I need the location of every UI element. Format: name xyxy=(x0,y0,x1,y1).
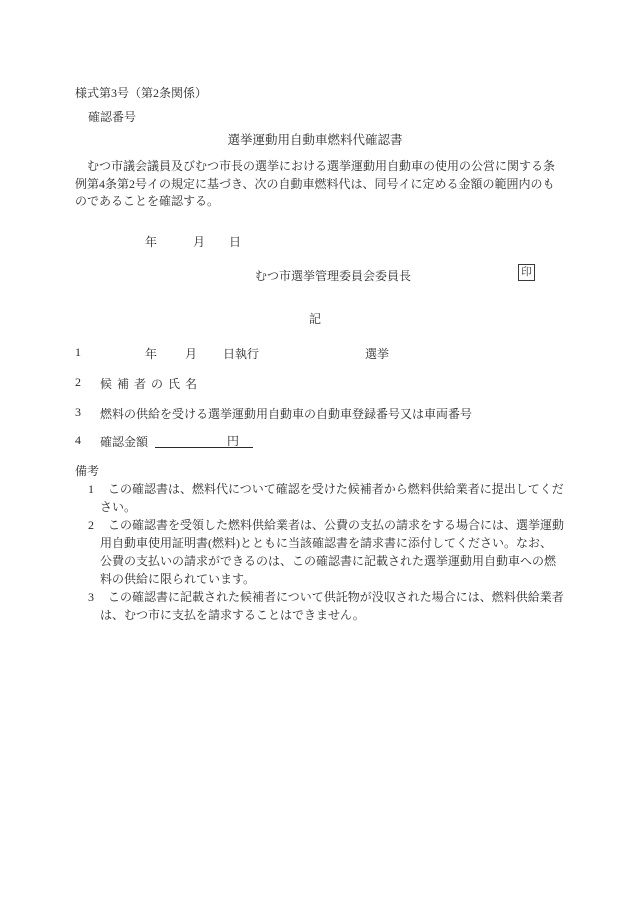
note-text: さい。 xyxy=(100,500,136,514)
confirmation-number-label: 確認番号 xyxy=(88,108,136,125)
item-number: 2 xyxy=(75,375,81,390)
note-text: この確認書を受領した燃料供給業者は、公費の支払の請求をする場合には、選挙運動 xyxy=(108,518,564,532)
note-text: 公費の支払いの請求ができるのは、この確認書に記載された選挙運動用自動車への燃 xyxy=(100,554,556,568)
note-text: 料の供給に限られています。 xyxy=(100,572,255,586)
item-number: 1 xyxy=(75,345,81,360)
record-item-vehicle-registration: 3 燃料の供給を受ける選挙運動用自動車の自動車登録番号又は車両番号 xyxy=(75,405,585,421)
issuer-name: むつ市選挙管理委員会委員長 xyxy=(255,267,411,284)
month-label: 月 xyxy=(185,345,197,362)
issuer-row: むつ市選挙管理委員会委員長 印 xyxy=(0,267,630,285)
confirmed-amount-label: 確認金額 xyxy=(100,433,148,450)
note-line: は、むつ市に支払を請求することはできません。 xyxy=(75,606,585,624)
notes-heading: 備考 xyxy=(75,462,99,479)
seal-mark: 印 xyxy=(518,264,535,281)
note-line: 料の供給に限られています。 xyxy=(75,570,585,588)
record-item-election-date: 1 年 月 日執行 選挙 xyxy=(75,345,585,361)
record-item-confirmed-amount: 4 確認金額 円 xyxy=(75,433,585,449)
note-line: 2この確認書を受領した燃料供給業者は、公費の支払の請求をする場合には、選挙運動 xyxy=(75,516,585,534)
body-paragraph: むつ市議会議員及びむつ市長の選挙における選挙運動用自動車の使用の公営に関する条 … xyxy=(75,158,575,211)
year-label: 年 xyxy=(145,345,157,362)
document-title: 選挙運動用自動車燃料代確認書 xyxy=(0,130,630,148)
item-number: 4 xyxy=(75,433,81,448)
notes-list: 1この確認書は、燃料代について確認を受けた候補者から燃料供給業者に提出してくだ … xyxy=(75,480,585,624)
form-number: 様式第3号（第2条関係） xyxy=(75,84,207,101)
candidate-name-label: 候補者の氏名 xyxy=(100,375,202,392)
note-text: この確認書は、燃料代について確認を受けた候補者から燃料供給業者に提出してくだ xyxy=(108,482,564,496)
record-heading: 記 xyxy=(0,310,630,327)
date-line: 年 月 日 xyxy=(145,233,241,250)
note-number: 1 xyxy=(88,480,108,498)
note-line: 3この確認書に記載された候補者について供託物が没収された場合には、燃料供給業者 xyxy=(75,588,585,606)
note-line: 用自動車使用証明書(燃料)とともに当該確認書を請求書に添付してください。なお、 xyxy=(75,534,585,552)
record-item-candidate-name: 2 候補者の氏名 xyxy=(75,375,585,391)
item-number: 3 xyxy=(75,405,81,420)
note-number: 2 xyxy=(88,516,108,534)
vehicle-registration-label: 燃料の供給を受ける選挙運動用自動車の自動車登録番号又は車両番号 xyxy=(100,405,472,422)
amount-blank-field: 円 xyxy=(155,432,253,448)
note-line: 1この確認書は、燃料代について確認を受けた候補者から燃料供給業者に提出してくだ xyxy=(75,480,585,498)
note-text: 用自動車使用証明書(燃料)とともに当該確認書を請求書に添付してください。なお、 xyxy=(100,536,552,550)
note-line: さい。 xyxy=(75,498,585,516)
document-page: 様式第3号（第2条関係） 確認番号 選挙運動用自動車燃料代確認書 むつ市議会議員… xyxy=(0,0,630,915)
note-number: 3 xyxy=(88,588,108,606)
note-text: は、むつ市に支払を請求することはできません。 xyxy=(100,608,365,622)
note-line: 公費の支払いの請求ができるのは、この確認書に記載された選挙運動用自動車への燃 xyxy=(75,552,585,570)
day-executed-label: 日執行 xyxy=(223,345,259,362)
election-label: 選挙 xyxy=(365,345,389,362)
note-text: この確認書に記載された候補者について供託物が没収された場合には、燃料供給業者 xyxy=(108,590,564,604)
